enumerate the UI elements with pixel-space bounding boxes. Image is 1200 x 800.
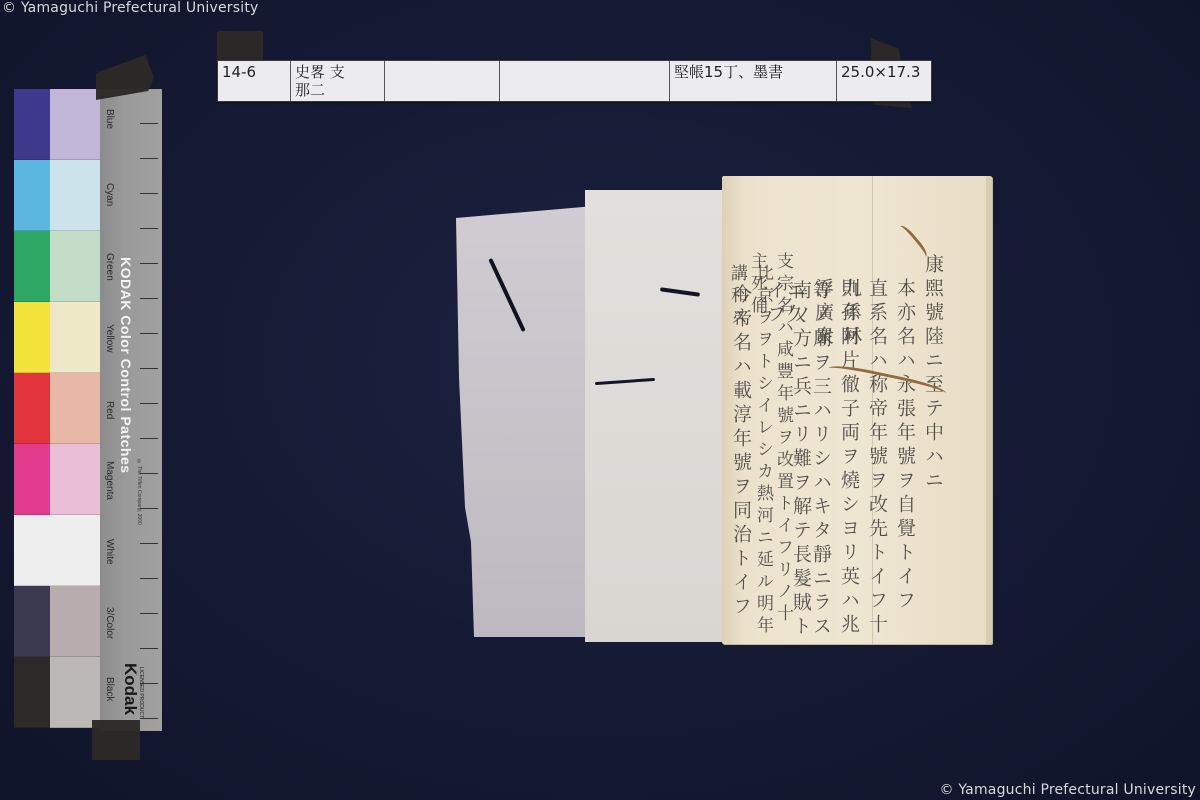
kodak-logo: Kodak — [120, 663, 140, 715]
patch-green-light — [50, 231, 101, 302]
light-patch-column — [50, 89, 101, 728]
catalog-label: 14-6 史畧 支 那二 堅帳15丁、墨書 25.0×17.3 — [217, 60, 932, 102]
patch-3color-dark — [14, 586, 50, 657]
kodak-licensed-text: LICENSED PRODUCT — [138, 667, 144, 718]
copyright-watermark-top: © Yamaguchi Prefectural University — [2, 0, 259, 16]
patch-cyan-dark — [14, 160, 50, 231]
patch-black-light — [50, 657, 101, 728]
catalog-blank-2 — [500, 61, 670, 101]
patch-red-light — [50, 373, 101, 444]
patch-red-dark — [14, 373, 50, 444]
wormhole-mark — [660, 287, 700, 297]
tape-label-left — [217, 31, 263, 61]
wormhole-mark — [595, 378, 655, 385]
wormhole-trail — [894, 223, 930, 262]
patch-blue-light — [50, 89, 101, 160]
patch-label-white: White — [104, 539, 115, 565]
patch-magenta-light — [50, 444, 101, 515]
patch-yellow-dark — [14, 302, 50, 373]
catalog-title: 史畧 支 那二 — [291, 61, 385, 101]
patch-label-red: Red — [104, 401, 115, 419]
patch-magenta-dark — [14, 444, 50, 515]
ruler-strip: Blue Cyan Green Yellow Red Magenta White… — [100, 89, 162, 731]
chart-copyright: © The Tiffen Company, 2000 — [136, 459, 142, 525]
patch-cyan-light — [50, 160, 101, 231]
kodak-color-chart: Blue Cyan Green Yellow Red Magenta White… — [14, 89, 156, 731]
patch-white-light — [50, 515, 101, 586]
patch-label-green: Green — [104, 253, 115, 281]
tissue-repair-sheet-left — [456, 205, 606, 637]
catalog-title-line1: 史畧 支 — [295, 63, 380, 81]
patch-yellow-light — [50, 302, 101, 373]
text-column-2: 本亦名ハ永張年號ヲ自覺トイフ — [892, 278, 918, 614]
catalog-blank-1 — [385, 61, 500, 101]
document-page: 康煕號陸ニ至テ中ハニ 本亦名ハ永張年號ヲ自覺トイフ 直系名ハ称帝年號ヲ改先トイフ… — [722, 176, 992, 644]
tissue-repair-sheet-right — [585, 190, 733, 642]
copyright-watermark-bottom: © Yamaguchi Prefectural University — [940, 782, 1197, 798]
patch-label-3color: 3/Color — [104, 607, 115, 639]
patch-label-magenta: Magenta — [104, 461, 115, 500]
patch-label-blue: Blue — [104, 109, 115, 129]
patch-green-dark — [14, 231, 50, 302]
dark-patch-column — [14, 89, 50, 728]
patch-black-dark — [14, 657, 50, 728]
catalog-id: 14-6 — [218, 61, 291, 101]
patch-label-cyan: Cyan — [104, 183, 115, 206]
text-column-9: 今帝名ハ載淳年號ヲ同治トイフ — [728, 284, 754, 620]
patch-label-black: Black — [104, 677, 115, 701]
catalog-size: 25.0×17.3 — [837, 61, 931, 101]
catalog-format: 堅帳15丁、墨書 — [670, 61, 837, 101]
catalog-title-line2: 那二 — [295, 81, 380, 99]
text-column-1: 康煕號陸ニ至テ中ハニ — [920, 254, 946, 494]
patch-3color-light — [50, 586, 101, 657]
ruler-major-ticks — [140, 89, 158, 731]
patch-blue-dark — [14, 89, 50, 160]
chart-title: KODAK Color Control Patches — [118, 257, 134, 474]
patch-label-yellow: Yellow — [104, 324, 115, 353]
patch-white-dark — [14, 515, 50, 586]
tape-chart-bottom — [92, 720, 140, 760]
